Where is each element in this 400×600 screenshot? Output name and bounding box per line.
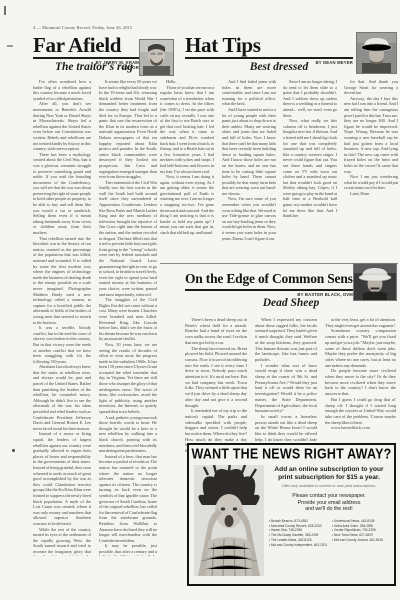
far-afield-title: Far Afield bbox=[33, 35, 121, 56]
ad-shocked-reader-photo bbox=[194, 465, 264, 576]
ad-newspaper-list: • Beulah Beacon, 873-4381• Mountrail Cou… bbox=[269, 519, 391, 547]
hat-tips-column-4: for that. And thank you George Strait fo… bbox=[344, 79, 398, 265]
newspaper-page: { "masthead": "4 — Mountrail County Reco… bbox=[0, 0, 400, 600]
ad-contact-lines: Please contact your newspaper.Provide yo… bbox=[267, 493, 391, 513]
ad-newspaper-list-left: • Beulah Beacon, 873-4381• Mountrail Cou… bbox=[269, 519, 328, 547]
scan-mark-dash bbox=[7, 45, 13, 47]
ad-fine-print: Offer only available to current or new p… bbox=[267, 484, 391, 488]
scan-mark-dot bbox=[12, 449, 15, 452]
ad-newspaper-list-right: • Underwood News, 442-8126• Velva Area V… bbox=[332, 519, 391, 547]
baxter-black-headshot bbox=[354, 264, 396, 300]
ad-headline: WANT THE NEWS RIGHT AWAY? bbox=[189, 447, 394, 461]
common-sense-title: On the Edge of Common Sense bbox=[185, 272, 358, 286]
hat-tips-rule bbox=[185, 57, 353, 59]
common-sense-rule bbox=[185, 289, 353, 291]
hat-tips-column-2: And I find faded jeans with holes in the… bbox=[222, 79, 276, 265]
far-afield-rule bbox=[33, 57, 139, 59]
far-afield-column-2: It seems like every 50 years we have had… bbox=[99, 79, 157, 556]
masthead-folio-line: 4 — Mountrail County Record, Friday, Jun… bbox=[33, 25, 253, 30]
common-sense-column-2: When I expressed my concern about these … bbox=[255, 317, 317, 461]
ad-copy-block: Add an online subscription to your print… bbox=[267, 466, 391, 513]
ad-offer-text: Add an online subscription to your print… bbox=[267, 466, 391, 481]
common-sense-column-3: at the very least, get a lot of attentio… bbox=[325, 317, 396, 461]
dead-sheep-headline: Dead Sheep bbox=[185, 298, 397, 310]
far-afield-column-1: I've often wondered how a battle flag of… bbox=[33, 79, 91, 556]
hat-tips-column-3: Since I am no longer dating, I do tend t… bbox=[283, 79, 337, 265]
hat-tips-column-1: Hello,Those of you that see me on a regu… bbox=[160, 79, 214, 265]
best-dressed-headline: Best dressed bbox=[160, 62, 398, 74]
hat-tips-title: Hat Tips bbox=[185, 35, 261, 56]
traitors-rag-headline: The traitor's rag bbox=[33, 62, 155, 74]
common-sense-column-1: There's been a dead sheep out in Brent's… bbox=[185, 317, 247, 461]
scan-mark-top bbox=[4, 6, 6, 15]
online-subscription-ad: WANT THE NEWS RIGHT AWAY? Add an online … bbox=[187, 443, 396, 586]
